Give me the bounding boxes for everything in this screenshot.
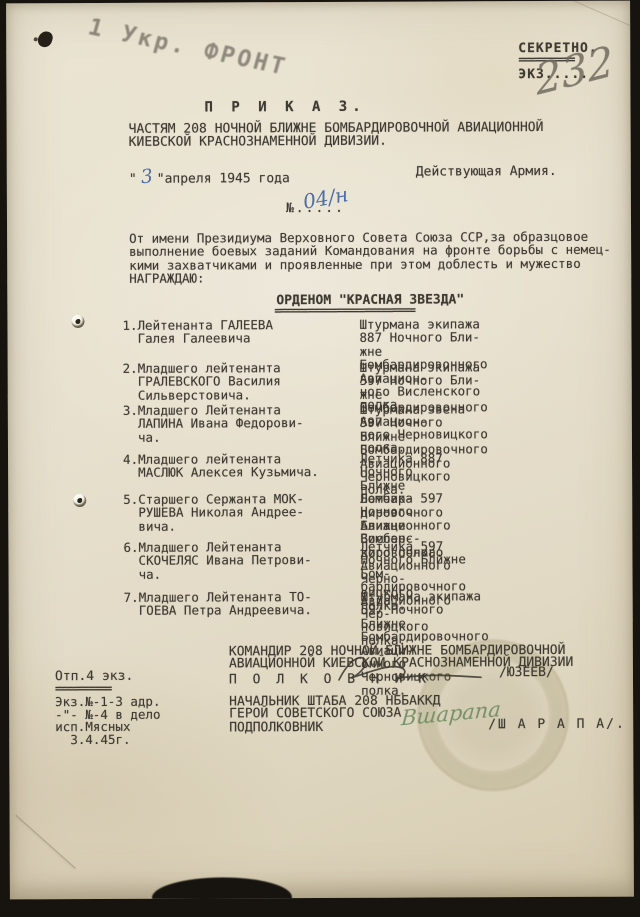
ink-blot [36,29,54,49]
punch-hole [73,494,86,507]
award-item: 4.Младшего лейтенанта МАСЛЮК Алексея Куз… [123,452,319,480]
awardee-name: 6.Младшего Лейтенанта СКОЧЕЛЯС Ивана Пет… [123,540,311,581]
paper-crease [570,1,634,36]
document-page: 1 Укр. ФРОНТ СЕКРЕТНО. ========== ЭКЗ...… [6,1,634,900]
awardee-name: 5.Старшего Сержанта МОК- РУШЕВА Николая … [123,492,304,533]
addressee: ЧАСТЯМ 208 НОЧНОЙ БЛИЖНЕ БОМБАРДИРОВОЧНО… [129,121,544,149]
awardee-name: 3.Младшего Лейтенанта ЛАПИНА Ивана Федор… [123,403,304,444]
date-line: "3"апреля 1945 года [129,165,290,188]
award-item: 3.Младшего Лейтенанта ЛАПИНА Ивана Федор… [123,403,304,444]
date-quote-open: " [129,172,137,187]
distribution-block: Отп.4 экз. ========== Экз.№-1-3 адр. -"-… [55,669,161,747]
award-item: 6.Младшего Лейтенанта СКОЧЕЛЯС Ивана Пет… [123,540,311,581]
punch-hole [71,315,84,328]
copies-underline: ========== [55,684,160,693]
award-item: 1.Лейтенанта ГАЛЕЕВА Галея Галеевича Шту… [122,318,273,345]
handwritten-date-day: 3 [139,165,153,188]
paper-edge-notch [152,877,292,899]
awardee-name: 4.Младшего лейтенанта МАСЛЮК Алексея Куз… [123,452,319,480]
awardee-name: 2.Младшего лейтенанта ГРАЛЕВСКОГО Васили… [123,361,281,402]
commander-name: /ЮЗЕЕВ/ [499,665,554,680]
preamble: От имени Президиума Верховного Совета Со… [129,230,611,286]
award-heading-underline: ========================= [274,304,415,318]
commander-signature [331,649,501,692]
document-title: П Р И К А З. [204,99,365,116]
chief-of-staff-rank: ПОДПОЛКОВНИК [229,720,323,735]
paper-crease [16,815,76,869]
award-item: 2.Младшего лейтенанта ГРАЛЕВСКОГО Васили… [123,361,281,402]
awardee-name: 1.Лейтенанта ГАЛЕЕВА Галея Галеевича [122,318,273,345]
award-item: 5.Старшего Сержанта МОК- РУШЕВА Николая … [123,492,304,533]
scanned-document-photo: { "stamps": { "front_stamp": "1 Укр. ФРО… [0,0,640,917]
army-label: Действующая Армия. [416,164,557,180]
chief-of-staff-name: /Ш А Р А П А/. [488,717,626,733]
date-rest: "апреля 1945 года [157,171,290,187]
awardee-name: 7.Младшего Лейтенанта ТО- ГОЕВА Петра Ан… [124,590,312,618]
distribution-details: Экз.№-1-3 адр. -"- №-4 в дело исп.Мясных… [55,696,161,747]
front-stamp: 1 Укр. ФРОНТ [85,15,327,89]
award-item: 7.Младшего Лейтенанта ТО- ГОЕВА Петра Ан… [124,590,312,618]
